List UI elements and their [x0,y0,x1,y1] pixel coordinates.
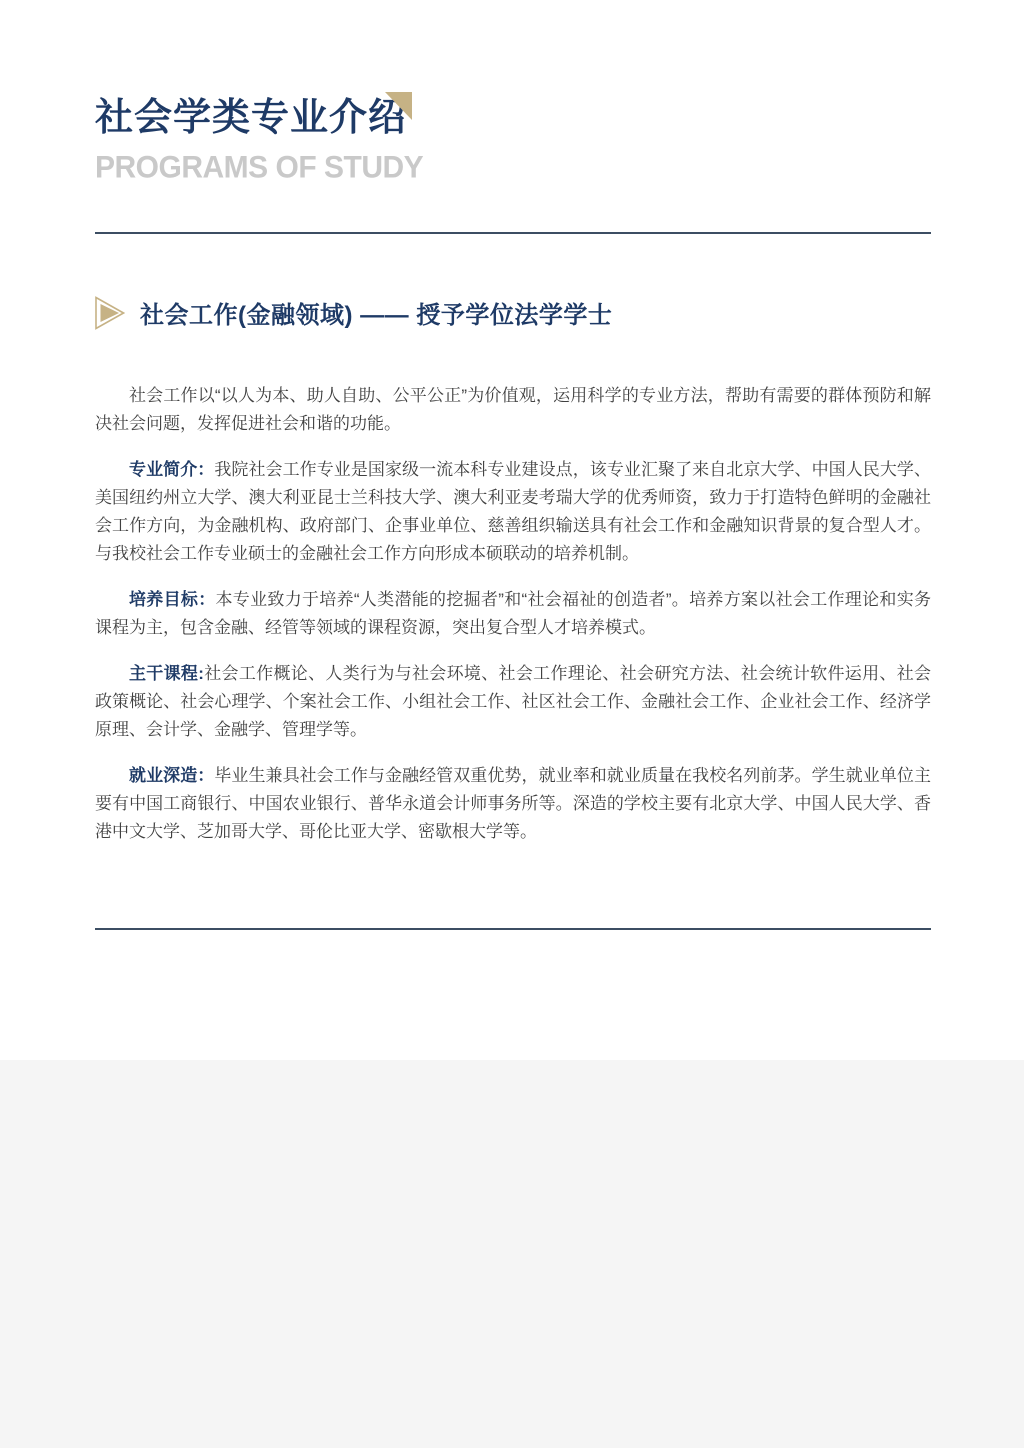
paragraph-text: 本专业致力于培养“人类潜能的挖掘者”和“社会福祉的创造者”。培养方案以社会工作理… [95,590,931,637]
paragraph-label: 专业简介： [129,460,214,479]
footer-gray-area [0,1060,1024,1448]
top-divider [95,232,931,234]
paragraph-careers: 就业深造：毕业生兼具社会工作与金融经管双重优势，就业率和就业质量在我校名列前茅。… [95,762,931,846]
section-body: 社会工作以“以人为本、助人自助、公平公正”为价值观，运用科学的专业方法，帮助有需… [95,382,931,864]
paragraph-intro: 社会工作以“以人为本、助人自助、公平公正”为价值观，运用科学的专业方法，帮助有需… [95,382,931,438]
paragraph-goals: 培养目标：本专业致力于培养“人类潜能的挖掘者”和“社会福祉的创造者”。培养方案以… [95,586,931,642]
paragraph-courses: 主干课程:社会工作概论、人类行为与社会环境、社会工作理论、社会研究方法、社会统计… [95,660,931,744]
paragraph-text: 我院社会工作专业是国家级一流本科专业建设点，该专业汇聚了来自北京大学、中国人民大… [95,460,931,563]
page-title: 社会学类专业介绍 [95,97,931,141]
paragraph-label: 主干课程: [129,664,204,683]
document-page: 社会学类专业介绍 PROGRAMS OF STUDY 社会工作(金融领域) ——… [0,0,1024,1448]
paragraph-text: 社会工作概论、人类行为与社会环境、社会工作理论、社会研究方法、社会统计软件运用、… [95,664,931,739]
page-subtitle: PROGRAMS OF STUDY [95,150,931,186]
section-heading-text: 社会工作(金融领域) —— 授予学位法学学士 [140,295,612,330]
paragraph-label: 就业深造： [129,766,214,785]
paragraph-label: 培养目标： [129,590,216,609]
section-heading: 社会工作(金融领域) —— 授予学位法学学士 [95,295,612,330]
paragraph-overview: 专业简介：我院社会工作专业是国家级一流本科专业建设点，该专业汇聚了来自北京大学、… [95,456,931,568]
triangle-bullet-icon [95,296,125,330]
bottom-divider [95,928,931,930]
page-header: 社会学类专业介绍 PROGRAMS OF STUDY [95,97,931,184]
paragraph-text: 毕业生兼具社会工作与金融经管双重优势，就业率和就业质量在我校名列前茅。学生就业单… [95,766,931,841]
title-block: 社会学类专业介绍 PROGRAMS OF STUDY [95,97,931,184]
paragraph-text: 社会工作以“以人为本、助人自助、公平公正”为价值观，运用科学的专业方法，帮助有需… [95,386,931,433]
